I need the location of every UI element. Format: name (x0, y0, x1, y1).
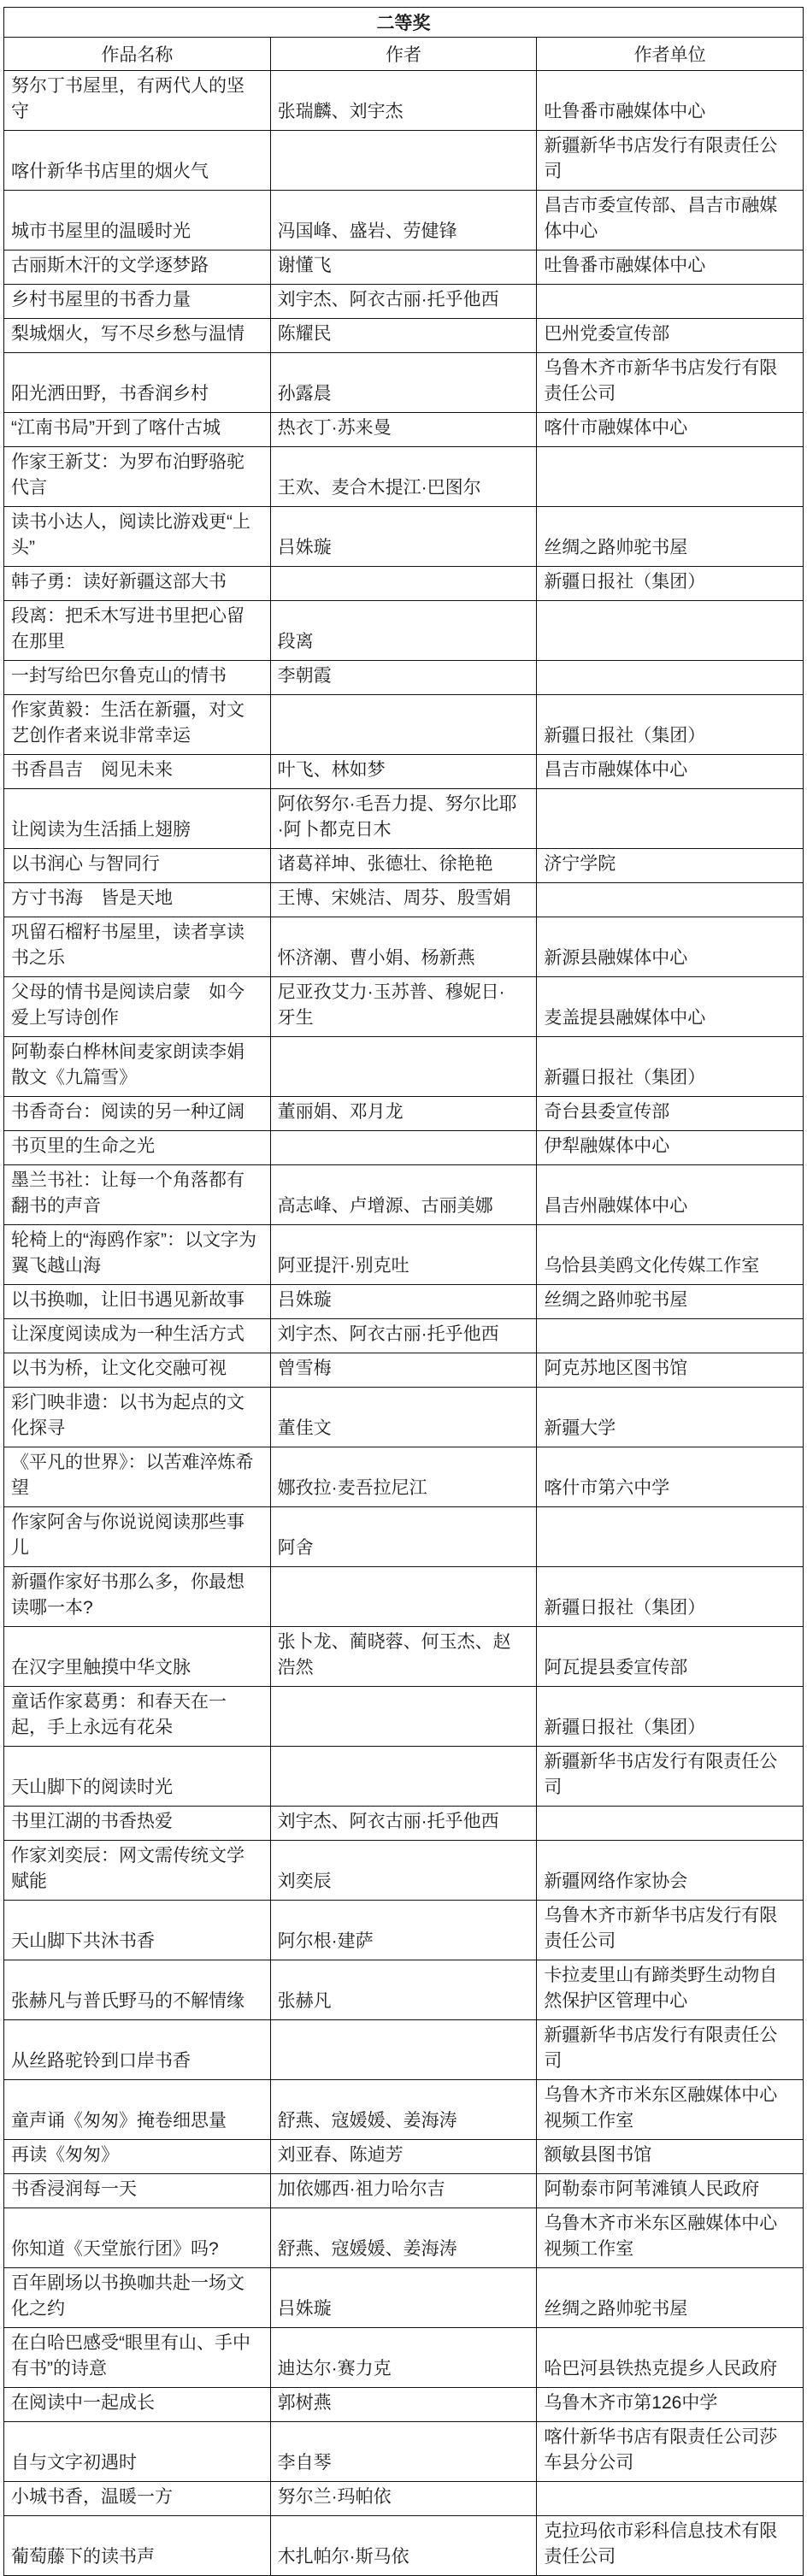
org-cell: 克拉玛依市彩科信息技术有限责任公司 (537, 2516, 804, 2576)
work-name-cell: 城市书屋里的温暖时光 (4, 191, 271, 251)
org-cell: 乌鲁木齐市新华书店发行有限责任公司 (537, 1901, 804, 1960)
table-row: 书香奇台：阅读的另一种辽阔董丽娟、邓月龙奇台县委宣传部 (4, 1097, 804, 1131)
org-cell: 昌吉州融媒体中心 (537, 1165, 804, 1225)
authors-cell (270, 1687, 537, 1747)
table-row: 童声诵《匆匆》掩卷细思量舒燕、寇媛媛、姜海涛乌鲁木齐市米东区融媒体中心视频工作室 (4, 2080, 804, 2140)
work-name-cell: 天山脚下共沐书香 (4, 1901, 271, 1960)
work-name-cell: 喀什新华书店里的烟火气 (4, 131, 271, 191)
work-name-cell: 阳光洒田野，书香润乡村 (4, 353, 271, 413)
table-row: 墨兰书社：让每一个角落都有翻书的声音高志峰、卢增源、古丽美娜昌吉州融媒体中心 (4, 1165, 804, 1225)
org-cell (537, 1807, 804, 1841)
authors-cell: 热衣丁·苏来曼 (270, 413, 537, 447)
authors-cell: 怀济潮、曹小娟、杨新燕 (270, 917, 537, 977)
table-row: 你知道《天堂旅行团》吗?舒燕、寇媛媛、姜海涛乌鲁木齐市米东区融媒体中心视频工作室 (4, 2208, 804, 2268)
table-row: 童话作家葛勇：和春天在一起，手上永远有花朵新疆日报社（集团） (4, 1687, 804, 1747)
org-cell: 丝绸之路帅驼书屋 (537, 1285, 804, 1319)
table-row: 书里江湖的书香热爱刘宇杰、阿衣古丽·托乎他西 (4, 1807, 804, 1841)
table-row: 段离：把禾木写进书里把心留在那里段离 (4, 601, 804, 661)
authors-cell: 张赫凡 (270, 1960, 537, 2020)
authors-cell: 高志峰、卢增源、古丽美娜 (270, 1165, 537, 1225)
work-name-cell: 韩子勇：读好新疆这部大书 (4, 567, 271, 601)
authors-cell: 尼亚孜艾力·玉苏普、穆妮日·牙生 (270, 977, 537, 1037)
org-cell: 奇台县委宣传部 (537, 1097, 804, 1131)
authors-cell: 阿亚提汗·别克吐 (270, 1225, 537, 1285)
table-row: 父母的情书是阅读启蒙 如今爱上写诗创作尼亚孜艾力·玉苏普、穆妮日·牙生麦盖提县融… (4, 977, 804, 1037)
authors-cell: 叶飞、林如梦 (270, 755, 537, 789)
work-name-cell: 墨兰书社：让每一个角落都有翻书的声音 (4, 1165, 271, 1225)
org-cell: 新疆新华书店发行有限责任公司 (537, 1747, 804, 1807)
authors-cell: 加依娜西·祖力哈尔吉 (270, 2174, 537, 2208)
org-cell (537, 2482, 804, 2516)
authors-cell (270, 695, 537, 755)
table-row: 在阅读中一起成长郭树燕乌鲁木齐市第126中学 (4, 2388, 804, 2422)
work-name-cell: 乡村书屋里的书香力量 (4, 285, 271, 319)
table-row: 作家阿舍与你说说阅读那些事儿阿舍 (4, 1507, 804, 1567)
work-name-cell: 让深度阅读成为一种生活方式 (4, 1319, 271, 1353)
authors-cell: 刘亚春、陈逌芳 (270, 2140, 537, 2174)
work-name-cell: 努尔丁书屋里，有两代人的坚守 (4, 71, 271, 131)
header-row: 作品名称 作者 作者单位 (4, 38, 804, 71)
work-name-cell: 《平凡的世界》：以苦难淬炼希望 (4, 1447, 271, 1507)
work-name-cell: 新疆作家好书那么多，你最想读哪一本? (4, 1567, 271, 1627)
work-name-cell: 古丽斯木汗的文学逐梦路 (4, 251, 271, 285)
table-row: 以书换咖，让旧书遇见新故事吕姝璇丝绸之路帅驼书屋 (4, 1285, 804, 1319)
work-name-cell: 书香昌吉 阅见未来 (4, 755, 271, 789)
org-cell (537, 447, 804, 507)
work-name-cell: 阿勒泰白桦林间麦家朗读李娟散文《九篇雪》 (4, 1037, 271, 1097)
table-row: 读书小达人，阅读比游戏更“上头”吕姝璇丝绸之路帅驼书屋 (4, 507, 804, 567)
org-cell: 丝绸之路帅驼书屋 (537, 507, 804, 567)
authors-cell: 王欢、麦合木提江·巴图尔 (270, 447, 537, 507)
authors-cell: 刘宇杰、阿衣古丽·托乎他西 (270, 285, 537, 319)
work-name-cell: 以书换咖，让旧书遇见新故事 (4, 1285, 271, 1319)
table-row: 阿勒泰白桦林间麦家朗读李娟散文《九篇雪》新疆日报社（集团） (4, 1037, 804, 1097)
org-cell: 新疆大学 (537, 1388, 804, 1447)
award-table-body: 努尔丁书屋里，有两代人的坚守张瑞麟、刘宇杰吐鲁番市融媒体中心喀什新华书店里的烟火… (4, 71, 804, 2576)
table-row: 自与文字初遇时李自琴喀什新华书店有限责任公司莎车县分公司 (4, 2422, 804, 2482)
table-row: 百年剧场以书换咖共赴一场文化之约吕姝璇丝绸之路帅驼书屋 (4, 2268, 804, 2328)
authors-cell: 冯国峰、盛岩、劳健锋 (270, 191, 537, 251)
work-name-cell: “江南书局”开到了喀什古城 (4, 413, 271, 447)
authors-cell: 董丽娟、邓月龙 (270, 1097, 537, 1131)
authors-cell: 曾雪梅 (270, 1353, 537, 1388)
org-cell (537, 1507, 804, 1567)
authors-cell: 陈耀民 (270, 319, 537, 353)
org-cell (537, 883, 804, 917)
work-name-cell: 童声诵《匆匆》掩卷细思量 (4, 2080, 271, 2140)
authors-cell: 舒燕、寇媛媛、姜海涛 (270, 2080, 537, 2140)
work-name-cell: 以书为桥，让文化交融可视 (4, 1353, 271, 1388)
table-row: 城市书屋里的温暖时光冯国峰、盛岩、劳健锋昌吉市委宣传部、昌吉市融媒体中心 (4, 191, 804, 251)
document-page: 二等奖 作品名称 作者 作者单位 努尔丁书屋里，有两代人的坚守张瑞麟、刘宇杰吐鲁… (0, 7, 807, 2576)
table-row: 葡萄藤下的读书声木扎帕尔·斯马依克拉玛依市彩科信息技术有限责任公司 (4, 2516, 804, 2576)
authors-cell: 娜孜拉·麦吾拉尼江 (270, 1447, 537, 1507)
authors-cell: 阿依努尔·毛吾力提、努尔比耶·阿卜都克日木 (270, 789, 537, 849)
authors-cell (270, 2020, 537, 2080)
org-cell (537, 1319, 804, 1353)
table-row: 以书润心 与智同行诸葛祥坤、张德壮、徐艳艳济宁学院 (4, 849, 804, 883)
table-row: 天山脚下共沐书香阿尔根·建萨乌鲁木齐市新华书店发行有限责任公司 (4, 1901, 804, 1960)
authors-cell (270, 1131, 537, 1165)
org-cell: 乌鲁木齐市新华书店发行有限责任公司 (537, 353, 804, 413)
table-row: 新疆作家好书那么多，你最想读哪一本?新疆日报社（集团） (4, 1567, 804, 1627)
work-name-cell: 轮椅上的“海鸥作家”：以文字为翼飞越山海 (4, 1225, 271, 1285)
org-cell: 喀什市融媒体中心 (537, 413, 804, 447)
authors-cell: 刘奕辰 (270, 1841, 537, 1901)
org-cell (537, 285, 804, 319)
table-row: 阳光洒田野，书香润乡村孙露晨乌鲁木齐市新华书店发行有限责任公司 (4, 353, 804, 413)
table-title: 二等奖 (4, 8, 804, 38)
work-name-cell: 天山脚下的阅读时光 (4, 1747, 271, 1807)
authors-cell: 段离 (270, 601, 537, 661)
authors-cell (270, 1747, 537, 1807)
work-name-cell: 小城书香，温暖一方 (4, 2482, 271, 2516)
table-row: 乡村书屋里的书香力量刘宇杰、阿衣古丽·托乎他西 (4, 285, 804, 319)
org-cell (537, 789, 804, 849)
work-name-cell: 从丝路驼铃到口岸书香 (4, 2020, 271, 2080)
authors-cell: 刘宇杰、阿衣古丽·托乎他西 (270, 1807, 537, 1841)
authors-cell: 李自琴 (270, 2422, 537, 2482)
work-name-cell: 作家黄毅：生活在新疆，对文艺创作者来说非常幸运 (4, 695, 271, 755)
authors-cell: 舒燕、寇媛媛、姜海涛 (270, 2208, 537, 2268)
org-cell: 新疆日报社（集团） (537, 1687, 804, 1747)
table-row: 喀什新华书店里的烟火气新疆新华书店发行有限责任公司 (4, 131, 804, 191)
table-row: 巩留石榴籽书屋里，读者享读书之乐怀济潮、曹小娟、杨新燕新源县融媒体中心 (4, 917, 804, 977)
org-cell: 新疆日报社（集团） (537, 695, 804, 755)
authors-cell: 吕姝璇 (270, 507, 537, 567)
authors-cell: 努尔兰·玛帕依 (270, 2482, 537, 2516)
work-name-cell: 在阅读中一起成长 (4, 2388, 271, 2422)
column-header-author-org: 作者单位 (537, 38, 804, 71)
authors-cell: 刘宇杰、阿衣古丽·托乎他西 (270, 1319, 537, 1353)
authors-cell: 木扎帕尔·斯马依 (270, 2516, 537, 2576)
work-name-cell: 彩门映非遗：以书为起点的文化探寻 (4, 1388, 271, 1447)
table-row: 书页里的生命之光伊犁融媒体中心 (4, 1131, 804, 1165)
org-cell: 巴州党委宣传部 (537, 319, 804, 353)
work-name-cell: 张赫凡与普氏野马的不解情缘 (4, 1960, 271, 2020)
work-name-cell: 书香奇台：阅读的另一种辽阔 (4, 1097, 271, 1131)
work-name-cell: 自与文字初遇时 (4, 2422, 271, 2482)
work-name-cell: 一封写给巴尔鲁克山的情书 (4, 661, 271, 695)
authors-cell (270, 1567, 537, 1627)
authors-cell (270, 567, 537, 601)
org-cell: 新疆日报社（集团） (537, 567, 804, 601)
authors-cell: 李朝霞 (270, 661, 537, 695)
table-row: 古丽斯木汗的文学逐梦路谢懂飞吐鲁番市融媒体中心 (4, 251, 804, 285)
org-cell: 哈巴河县铁热克提乡人民政府 (537, 2328, 804, 2388)
org-cell: 新疆新华书店发行有限责任公司 (537, 2020, 804, 2080)
authors-cell: 阿尔根·建萨 (270, 1901, 537, 1960)
authors-cell (270, 1037, 537, 1097)
work-name-cell: 方寸书海 皆是天地 (4, 883, 271, 917)
org-cell: 额敏县图书馆 (537, 2140, 804, 2174)
org-cell: 新疆日报社（集团） (537, 1567, 804, 1627)
org-cell: 新源县融媒体中心 (537, 917, 804, 977)
org-cell: 吐鲁番市融媒体中心 (537, 71, 804, 131)
work-name-cell: 巩留石榴籽书屋里，读者享读书之乐 (4, 917, 271, 977)
work-name-cell: 父母的情书是阅读启蒙 如今爱上写诗创作 (4, 977, 271, 1037)
table-row: 一封写给巴尔鲁克山的情书李朝霞 (4, 661, 804, 695)
table-row: 作家王新艾：为罗布泊野骆驼代言王欢、麦合木提江·巴图尔 (4, 447, 804, 507)
title-row: 二等奖 (4, 8, 804, 38)
work-name-cell: 在白哈巴感受“眼里有山、手中有书”的诗意 (4, 2328, 271, 2388)
authors-cell: 郭树燕 (270, 2388, 537, 2422)
table-row: 韩子勇：读好新疆这部大书新疆日报社（集团） (4, 567, 804, 601)
org-cell: 阿勒泰市阿苇滩镇人民政府 (537, 2174, 804, 2208)
column-header-author: 作者 (270, 38, 537, 71)
work-name-cell: 书香浸润每一天 (4, 2174, 271, 2208)
table-row: 让深度阅读成为一种生活方式刘宇杰、阿衣古丽·托乎他西 (4, 1319, 804, 1353)
org-cell: 喀什市第六中学 (537, 1447, 804, 1507)
org-cell: 新疆日报社（集团） (537, 1037, 804, 1097)
org-cell: 阿瓦提县委宣传部 (537, 1627, 804, 1687)
authors-cell: 迪达尔·赛力克 (270, 2328, 537, 2388)
org-cell: 昌吉市融媒体中心 (537, 755, 804, 789)
org-cell: 济宁学院 (537, 849, 804, 883)
work-name-cell: 读书小达人，阅读比游戏更“上头” (4, 507, 271, 567)
table-row: 努尔丁书屋里，有两代人的坚守张瑞麟、刘宇杰吐鲁番市融媒体中心 (4, 71, 804, 131)
table-row: 小城书香，温暖一方努尔兰·玛帕依 (4, 2482, 804, 2516)
authors-cell: 阿舍 (270, 1507, 537, 1567)
org-cell: 丝绸之路帅驼书屋 (537, 2268, 804, 2328)
org-cell: 伊犁融媒体中心 (537, 1131, 804, 1165)
authors-cell: 吕姝璇 (270, 1285, 537, 1319)
authors-cell: 孙露晨 (270, 353, 537, 413)
table-row: 再读《匆匆》刘亚春、陈逌芳额敏县图书馆 (4, 2140, 804, 2174)
work-name-cell: 书里江湖的书香热爱 (4, 1807, 271, 1841)
table-row: 在汉字里触摸中华文脉张卜龙、蔺晓蓉、何玉杰、赵浩然阿瓦提县委宣传部 (4, 1627, 804, 1687)
authors-cell: 张瑞麟、刘宇杰 (270, 71, 537, 131)
org-cell: 乌鲁木齐市米东区融媒体中心视频工作室 (537, 2208, 804, 2268)
authors-cell: 张卜龙、蔺晓蓉、何玉杰、赵浩然 (270, 1627, 537, 1687)
org-cell (537, 661, 804, 695)
work-name-cell: 作家王新艾：为罗布泊野骆驼代言 (4, 447, 271, 507)
work-name-cell: 童话作家葛勇：和春天在一起，手上永远有花朵 (4, 1687, 271, 1747)
work-name-cell: 段离：把禾木写进书里把心留在那里 (4, 601, 271, 661)
table-row: 作家刘奕辰：网文需传统文学赋能刘奕辰新疆网络作家协会 (4, 1841, 804, 1901)
table-row: 《平凡的世界》：以苦难淬炼希望娜孜拉·麦吾拉尼江喀什市第六中学 (4, 1447, 804, 1507)
authors-cell: 王博、宋姚洁、周芬、殷雪娟 (270, 883, 537, 917)
table-row: “江南书局”开到了喀什古城热衣丁·苏来曼喀什市融媒体中心 (4, 413, 804, 447)
authors-cell (270, 131, 537, 191)
work-name-cell: 百年剧场以书换咖共赴一场文化之约 (4, 2268, 271, 2328)
work-name-cell: 作家阿舍与你说说阅读那些事儿 (4, 1507, 271, 1567)
work-name-cell: 在汉字里触摸中华文脉 (4, 1627, 271, 1687)
org-cell: 新疆新华书店发行有限责任公司 (537, 131, 804, 191)
table-row: 作家黄毅：生活在新疆，对文艺创作者来说非常幸运新疆日报社（集团） (4, 695, 804, 755)
org-cell: 乌恰县美鸥文化传媒工作室 (537, 1225, 804, 1285)
org-cell: 新疆网络作家协会 (537, 1841, 804, 1901)
table-row: 轮椅上的“海鸥作家”：以文字为翼飞越山海阿亚提汗·别克吐乌恰县美鸥文化传媒工作室 (4, 1225, 804, 1285)
work-name-cell: 葡萄藤下的读书声 (4, 2516, 271, 2576)
authors-cell: 吕姝璇 (270, 2268, 537, 2328)
work-name-cell: 作家刘奕辰：网文需传统文学赋能 (4, 1841, 271, 1901)
table-row: 方寸书海 皆是天地王博、宋姚洁、周芬、殷雪娟 (4, 883, 804, 917)
org-cell: 昌吉市委宣传部、昌吉市融媒体中心 (537, 191, 804, 251)
org-cell: 卡拉麦里山有蹄类野生动物自然保护区管理中心 (537, 1960, 804, 2020)
org-cell (537, 601, 804, 661)
column-header-work-name: 作品名称 (4, 38, 271, 71)
org-cell: 喀什新华书店有限责任公司莎车县分公司 (537, 2422, 804, 2482)
work-name-cell: 你知道《天堂旅行团》吗? (4, 2208, 271, 2268)
award-table: 二等奖 作品名称 作者 作者单位 努尔丁书屋里，有两代人的坚守张瑞麟、刘宇杰吐鲁… (3, 7, 804, 2576)
table-row: 书香昌吉 阅见未来叶飞、林如梦昌吉市融媒体中心 (4, 755, 804, 789)
work-name-cell: 书页里的生命之光 (4, 1131, 271, 1165)
org-cell: 乌鲁木齐市米东区融媒体中心视频工作室 (537, 2080, 804, 2140)
table-row: 天山脚下的阅读时光新疆新华书店发行有限责任公司 (4, 1747, 804, 1807)
org-cell: 乌鲁木齐市第126中学 (537, 2388, 804, 2422)
authors-cell: 董佳文 (270, 1388, 537, 1447)
table-row: 在白哈巴感受“眼里有山、手中有书”的诗意迪达尔·赛力克哈巴河县铁热克提乡人民政府 (4, 2328, 804, 2388)
authors-cell: 诸葛祥坤、张德壮、徐艳艳 (270, 849, 537, 883)
work-name-cell: 以书润心 与智同行 (4, 849, 271, 883)
work-name-cell: 让阅读为生活插上翅膀 (4, 789, 271, 849)
table-row: 张赫凡与普氏野马的不解情缘张赫凡卡拉麦里山有蹄类野生动物自然保护区管理中心 (4, 1960, 804, 2020)
award-table-head: 二等奖 作品名称 作者 作者单位 (4, 8, 804, 71)
table-row: 彩门映非遗：以书为起点的文化探寻董佳文新疆大学 (4, 1388, 804, 1447)
work-name-cell: 再读《匆匆》 (4, 2140, 271, 2174)
authors-cell: 谢懂飞 (270, 251, 537, 285)
table-row: 让阅读为生活插上翅膀阿依努尔·毛吾力提、努尔比耶·阿卜都克日木 (4, 789, 804, 849)
org-cell: 吐鲁番市融媒体中心 (537, 251, 804, 285)
org-cell: 阿克苏地区图书馆 (537, 1353, 804, 1388)
table-row: 梨城烟火，写不尽乡愁与温情陈耀民巴州党委宣传部 (4, 319, 804, 353)
work-name-cell: 梨城烟火，写不尽乡愁与温情 (4, 319, 271, 353)
table-row: 从丝路驼铃到口岸书香新疆新华书店发行有限责任公司 (4, 2020, 804, 2080)
org-cell: 麦盖提县融媒体中心 (537, 977, 804, 1037)
table-row: 以书为桥，让文化交融可视曾雪梅阿克苏地区图书馆 (4, 1353, 804, 1388)
table-row: 书香浸润每一天加依娜西·祖力哈尔吉阿勒泰市阿苇滩镇人民政府 (4, 2174, 804, 2208)
